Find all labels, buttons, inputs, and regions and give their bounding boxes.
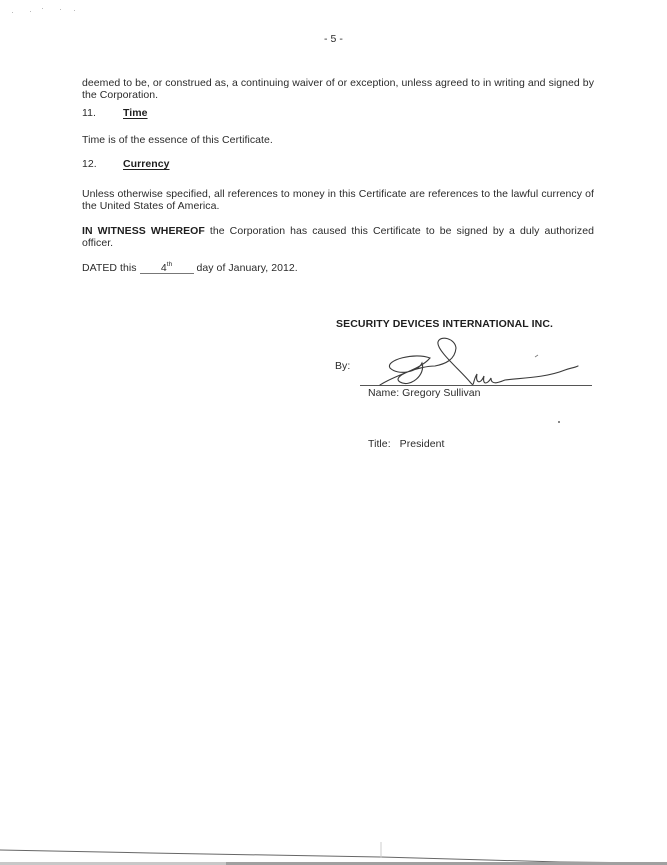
signatory-name: Name: Gregory Sullivan bbox=[368, 387, 481, 399]
section-number: 11. bbox=[82, 107, 96, 119]
dated-day-field: 4th bbox=[140, 262, 194, 274]
section-12-heading: 12. Currency bbox=[82, 158, 97, 170]
section-11-text: Time is of the essence of this Certifica… bbox=[82, 134, 273, 146]
scan-artifacts bbox=[12, 6, 82, 16]
section-11-heading: 11. Time bbox=[82, 107, 96, 119]
name-label: Name: bbox=[368, 387, 399, 399]
dated-suffix: day of January, 2012. bbox=[197, 262, 298, 274]
dated-line: DATED this 4th day of January, 2012. bbox=[82, 262, 298, 274]
section-title: Time bbox=[123, 107, 148, 119]
signatory-title: Title: President bbox=[368, 438, 444, 450]
section-12-text: Unless otherwise specified, all referenc… bbox=[82, 188, 594, 212]
company-name: SECURITY DEVICES INTERNATIONAL INC. bbox=[336, 318, 553, 330]
dated-prefix: DATED this bbox=[82, 262, 137, 274]
title-label: Title: bbox=[368, 438, 391, 450]
continuation-paragraph: deemed to be, or construed as, a continu… bbox=[82, 77, 594, 101]
title-value: President bbox=[400, 438, 445, 450]
witness-lead: IN WITNESS WHEREOF bbox=[82, 225, 205, 237]
section-number: 12. bbox=[82, 158, 97, 170]
page-number: - 5 - bbox=[0, 33, 667, 45]
by-label: By: bbox=[335, 360, 350, 372]
witness-paragraph: IN WITNESS WHEREOF the Corporation has c… bbox=[82, 225, 594, 249]
name-value: Gregory Sullivan bbox=[402, 387, 480, 399]
section-title: Currency bbox=[123, 158, 170, 170]
scan-speck bbox=[558, 421, 560, 423]
